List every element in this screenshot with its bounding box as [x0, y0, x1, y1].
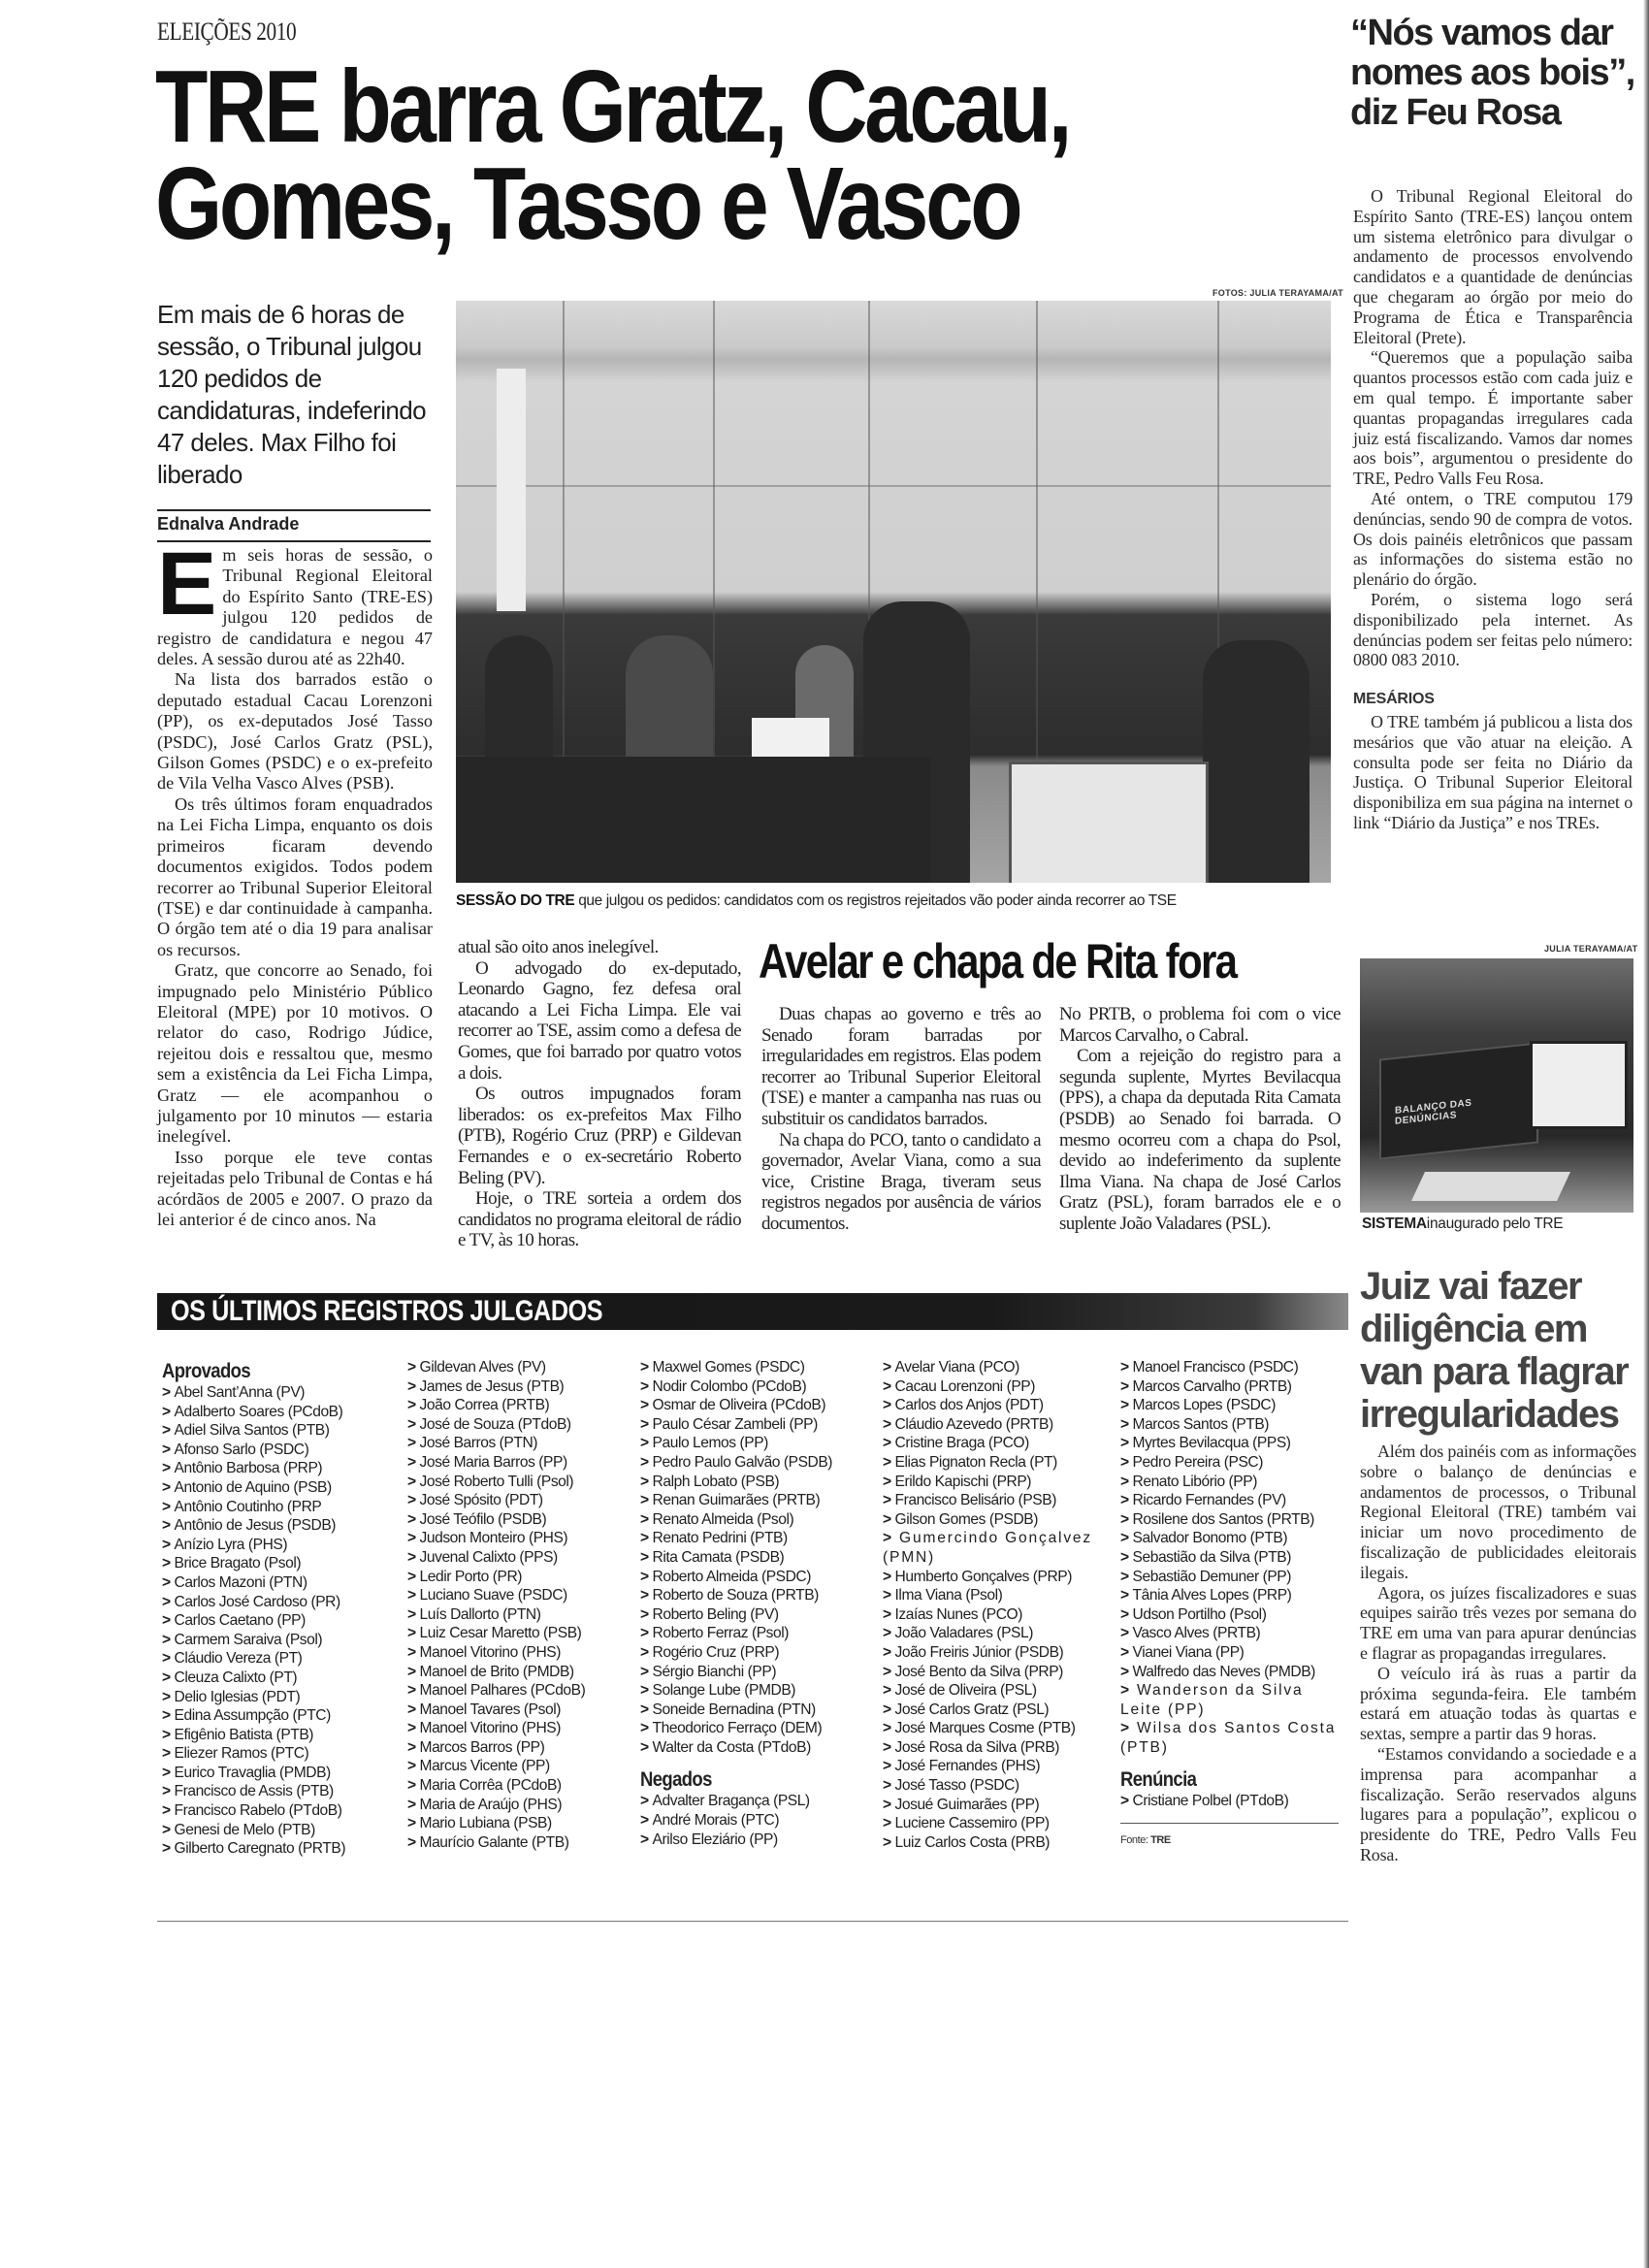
- list-item: Erildo Kapischi (PRP): [883, 1473, 1115, 1492]
- list-item: Vianei Viana (PP): [1120, 1643, 1348, 1663]
- approved-list-3: Maxwel Gomes (PSDC)Nodir Colombo (PCdoB)…: [640, 1358, 878, 1757]
- keyboard: [1411, 1172, 1570, 1201]
- list-item: Cleuza Calixto (PT): [162, 1669, 400, 1688]
- list-item: Rogério Cruz (PRP): [640, 1643, 878, 1663]
- sub-article-column-2: No PRTB, o problema foi com o vice Marco…: [1059, 1004, 1341, 1235]
- list-item: Carlos Caetano (PP): [162, 1611, 400, 1631]
- list-item: Paulo César Zambeli (PP): [640, 1415, 878, 1435]
- list-item: Gildevan Alves (PV): [407, 1358, 640, 1377]
- list-item: Manoel de Brito (PMDB): [407, 1663, 640, 1682]
- list-item: Antônio de Jesus (PSDB): [162, 1516, 400, 1536]
- group-label-approved: Aprovados: [162, 1360, 372, 1383]
- list-item: João Correa (PRTB): [407, 1396, 640, 1415]
- group-label-denied: Negados: [640, 1768, 850, 1792]
- list-item: Francisco Belisário (PSB): [883, 1491, 1115, 1510]
- list-item: Roberto de Souza (PRTB): [640, 1586, 878, 1605]
- list-item: José Roberto Tulli (Psol): [407, 1473, 640, 1492]
- list-item: Adiel Silva Santos (PTB): [162, 1421, 400, 1441]
- list-item: Ricardo Fernandes (PV): [1120, 1491, 1348, 1510]
- list-item: Adalberto Soares (PCdoB): [162, 1403, 400, 1422]
- list-item: José Bento da Silva (PRP): [883, 1663, 1115, 1682]
- list-item: Cláudio Azevedo (PRTB): [883, 1415, 1115, 1435]
- sidebar-headline-1: “Nós vamos dar nomes aos bois”, diz Feu …: [1350, 14, 1641, 133]
- list-item: José de Souza (PTdoB): [407, 1415, 640, 1435]
- sidebar-photo-credit: JULIA TERAYAMA/AT: [1544, 944, 1637, 954]
- sidebar-headline-2: Juiz vai fazer diligência em van para fl…: [1360, 1265, 1641, 1436]
- denied-list-cont-2: Manoel Francisco (PSDC)Marcos Carvalho (…: [1120, 1358, 1348, 1757]
- article-column-2: atual são oito anos inelegível. O advoga…: [458, 937, 741, 1251]
- list-item: Maria de Araújo (PHS): [407, 1796, 640, 1815]
- registry-banner: OS ÚLTIMOS REGISTROS JULGADOS: [157, 1293, 1348, 1330]
- list-item: Judson Monteiro (PHS): [407, 1529, 640, 1548]
- approved-list-2: Gildevan Alves (PV)James de Jesus (PTB)J…: [407, 1358, 640, 1852]
- list-item: Luciene Cassemiro (PP): [883, 1814, 1115, 1833]
- list-item: José Tasso (PSDC): [883, 1776, 1115, 1796]
- list-item: Manoel Vitorino (PHS): [407, 1719, 640, 1738]
- list-item: Antonio de Aquino (PSB): [162, 1478, 400, 1498]
- list-item: Theodorico Ferraço (DEM): [640, 1719, 878, 1738]
- paragraph: atual são oito anos inelegível.: [458, 937, 741, 958]
- list-item: Francisco de Assis (PTB): [162, 1782, 400, 1801]
- list-item: Francisco Rabelo (PTdoB): [162, 1801, 400, 1821]
- list-item: Rosilene dos Santos (PRTB): [1120, 1510, 1348, 1530]
- list-item: Humberto Gonçalves (PRP): [883, 1568, 1115, 1587]
- list-item: Antônio Coutinho (PRP: [162, 1498, 400, 1517]
- list-item: José Spósito (PDT): [407, 1491, 640, 1510]
- paragraph: Até ontem, o TRE computou 179 denúncias,…: [1353, 489, 1633, 590]
- list-item: Sebastião Demuner (PP): [1120, 1568, 1348, 1587]
- list-item: Solange Lube (PMDB): [640, 1681, 878, 1701]
- list-item: Tânia Alves Lopes (PRP): [1120, 1586, 1348, 1605]
- list-item: José Barros (PTN): [407, 1434, 640, 1453]
- list-item: Ilma Viana (Psol): [883, 1586, 1115, 1605]
- judges-bench: [456, 757, 931, 883]
- source-rule: [1120, 1823, 1339, 1824]
- list-item: José Teófilo (PSDB): [407, 1510, 640, 1530]
- flag-shape: [497, 369, 526, 611]
- list-item: Pedro Paulo Galvão (PSDB): [640, 1453, 878, 1473]
- registry-column-5: Manoel Francisco (PSDC)Marcos Carvalho (…: [1120, 1358, 1348, 1851]
- main-headline: TRE barra Gratz, Cacau, Gomes, Tasso e V…: [155, 58, 1133, 252]
- panel-screen: BALANÇO DAS DENÚNCIAS: [1379, 1042, 1538, 1159]
- denied-list-cont-1: Avelar Viana (PCO)Cacau Lorenzoni (PP)Ca…: [883, 1358, 1115, 1852]
- resign-list: Cristiane Polbel (PTdoB): [1120, 1792, 1348, 1811]
- list-item: Carlos dos Anjos (PDT): [883, 1396, 1115, 1415]
- list-item: André Morais (PTC): [640, 1811, 878, 1831]
- list-item: Manoel Palhares (PCdoB): [407, 1681, 640, 1701]
- list-item: Marcos Barros (PP): [407, 1738, 640, 1758]
- list-item: Renato Libório (PP): [1120, 1473, 1348, 1492]
- list-item: Ledir Porto (PR): [407, 1568, 640, 1587]
- list-item: Roberto Ferraz (Psol): [640, 1624, 878, 1643]
- panel-screen-text: BALANÇO DAS DENÚNCIAS: [1395, 1091, 1536, 1127]
- headline-line-1: TRE barra Gratz, Cacau,: [155, 58, 1133, 155]
- scan-edge: [1643, 0, 1649, 2268]
- paragraph: Os três últimos foram enquadrados na Lei…: [157, 794, 433, 960]
- podium: [1009, 761, 1209, 883]
- list-item: Marcos Lopes (PSDC): [1120, 1396, 1348, 1415]
- registry-column-1: Aprovados Abel Sant’Anna (PV)Adalberto S…: [162, 1356, 400, 1859]
- list-item: Elias Pignaton Recla (PT): [883, 1453, 1115, 1473]
- paragraph: Agora, os juízes fiscalizadores e suas e…: [1360, 1583, 1636, 1664]
- source-label: Fonte:: [1120, 1834, 1148, 1846]
- paragraph: Duas chapas ao governo e três ao Senado …: [761, 1004, 1041, 1130]
- list-item: Marcus Vicente (PP): [407, 1757, 640, 1776]
- list-item: Udson Portilho (Psol): [1120, 1605, 1348, 1625]
- list-item: Eurico Travaglia (PMDB): [162, 1764, 400, 1783]
- caption-text: que julgou os pedidos: candidatos com os…: [574, 892, 1176, 909]
- list-item: Osmar de Oliveira (PCdoB): [640, 1396, 878, 1415]
- list-item: Carmem Saraiva (Psol): [162, 1631, 400, 1650]
- list-item: Marcos Santos (PTB): [1120, 1415, 1348, 1435]
- list-item: Cristiane Polbel (PTdoB): [1120, 1792, 1348, 1811]
- list-item: Mario Lubiana (PSB): [407, 1814, 640, 1833]
- list-item: Paulo Lemos (PP): [640, 1434, 878, 1453]
- sidebar-body-1: O Tribunal Regional Eleitoral do Espírit…: [1353, 186, 1633, 833]
- list-item: Renan Guimarães (PRTB): [640, 1491, 878, 1510]
- list-item: Luís Dallorto (PTN): [407, 1605, 640, 1625]
- list-item: Marcos Carvalho (PRTB): [1120, 1377, 1348, 1397]
- list-item: Manoel Tavares (Psol): [407, 1701, 640, 1720]
- paragraph: Hoje, o TRE sorteia a ordem dos candidat…: [458, 1188, 741, 1251]
- paragraph: Gratz, que concorre ao Senado, foi impug…: [157, 960, 433, 1148]
- list-item: Maria Corrêa (PCdoB): [407, 1776, 640, 1796]
- court-session-photo: [456, 301, 1331, 883]
- paragraph: Porém, o sistema logo será disponibiliza…: [1353, 590, 1633, 670]
- paragraph: O veículo irá às ruas a partir da próxim…: [1360, 1664, 1636, 1744]
- list-item: Roberto Almeida (PSDC): [640, 1568, 878, 1587]
- list-item: Josué Guimarães (PP): [883, 1796, 1115, 1815]
- source-value: TRE: [1150, 1834, 1171, 1846]
- sub-article-column-1: Duas chapas ao governo e três ao Senado …: [761, 1004, 1041, 1235]
- computer-monitor: [1530, 1041, 1628, 1129]
- paragraph: Com a rejeição do registro para a segund…: [1059, 1046, 1341, 1234]
- list-item: Advalter Bragança (PSL): [640, 1792, 878, 1811]
- registry-column-3: Maxwel Gomes (PSDC)Nodir Colombo (PCdoB)…: [640, 1358, 878, 1849]
- paragraph: “Queremos que a população saiba quantos …: [1353, 347, 1633, 489]
- list-item: Cristine Braga (PCO): [883, 1434, 1115, 1453]
- caption-lead: SESSÃO DO TRE: [456, 892, 574, 909]
- list-item: Wilsa dos Santos Costa (PTB): [1120, 1719, 1342, 1757]
- list-item: Juvenal Calixto (PPS): [407, 1548, 640, 1568]
- registry-column-2: Gildevan Alves (PV)James de Jesus (PTB)J…: [407, 1358, 640, 1852]
- list-item: José Rosa da Silva (PRB): [883, 1738, 1115, 1758]
- list-item: Manoel Vitorino (PHS): [407, 1643, 640, 1663]
- registry-banner-title: OS ÚLTIMOS REGISTROS JULGADOS: [171, 1295, 602, 1328]
- list-item: Nodir Colombo (PCdoB): [640, 1377, 878, 1397]
- paragraph: O TRE também já publicou a lista dos mes…: [1353, 712, 1633, 833]
- list-item: Salvador Bonomo (PTB): [1120, 1529, 1348, 1548]
- group-label-resign: Renúncia: [1120, 1768, 1321, 1792]
- sidebar-body-2: Além dos painéis com as informações sobr…: [1360, 1442, 1636, 1865]
- list-item: Myrtes Bevilacqua (PPS): [1120, 1434, 1348, 1453]
- registry-column-4: Avelar Viana (PCO)Cacau Lorenzoni (PP)Ca…: [883, 1358, 1115, 1852]
- drop-cap: E: [157, 549, 216, 617]
- list-item: Luiz Carlos Costa (PRB): [883, 1833, 1115, 1853]
- list-item: Afonso Sarlo (PSDC): [162, 1441, 400, 1460]
- list-item: José de Oliveira (PSL): [883, 1681, 1115, 1701]
- list-item: João Freiris Júnior (PSDB): [883, 1643, 1115, 1663]
- paragraph: Na chapa do PCO, tanto o candidato a gov…: [761, 1130, 1041, 1235]
- caption-lead: SISTEMA: [1362, 1215, 1427, 1232]
- paragraph: “Estamos convidando a sociedade e a impr…: [1360, 1744, 1636, 1865]
- byline-rule-top: [157, 509, 431, 511]
- list-item: Walter da Costa (PTdoB): [640, 1738, 878, 1758]
- list-item: Pedro Pereira (PSC): [1120, 1453, 1348, 1473]
- list-item: Abel Sant’Anna (PV): [162, 1383, 400, 1403]
- list-item: Sebastião da Silva (PTB): [1120, 1548, 1348, 1568]
- list-item: Delio Iglesias (PDT): [162, 1688, 400, 1707]
- system-screen-photo: BALANÇO DAS DENÚNCIAS: [1360, 958, 1633, 1213]
- list-item: José Maria Barros (PP): [407, 1453, 640, 1473]
- list-item: Maxwel Gomes (PSDC): [640, 1358, 878, 1377]
- list-item: Izaías Nunes (PCO): [883, 1605, 1115, 1625]
- paragraph: Isso porque ele teve contas rejeitadas p…: [157, 1148, 433, 1231]
- list-item: Walfredo das Neves (PMDB): [1120, 1663, 1348, 1682]
- list-item: Antônio Barbosa (PRP): [162, 1459, 400, 1478]
- byline: Ednalva Andrade: [157, 514, 299, 535]
- list-item: Ralph Lobato (PSB): [640, 1473, 878, 1492]
- list-item: José Carlos Gratz (PSL): [883, 1701, 1115, 1720]
- list-item: Efigênio Batista (PTB): [162, 1726, 400, 1745]
- section-kicker: ELEIÇÕES 2010: [157, 17, 296, 47]
- list-item: João Valadares (PSL): [883, 1624, 1115, 1643]
- list-item: Carlos José Cardoso (PR): [162, 1593, 400, 1612]
- headline-line-2: Gomes, Tasso e Vasco: [155, 155, 1133, 252]
- paragraph: Na lista dos barrados estão o deputado e…: [157, 669, 433, 794]
- list-item: José Marques Cosme (PTB): [883, 1719, 1115, 1738]
- list-item: Roberto Beling (PV): [640, 1605, 878, 1625]
- list-item: Luciano Suave (PSDC): [407, 1586, 640, 1605]
- list-item: Carlos Mazoni (PTN): [162, 1573, 400, 1593]
- list-item: Cacau Lorenzoni (PP): [883, 1377, 1115, 1397]
- sub-article-headline: Avelar e chapa de Rita fora: [759, 933, 1236, 989]
- list-item: Renato Pedrini (PTB): [640, 1529, 878, 1548]
- paragraph: Os outros impugnados foram liberados: os…: [458, 1084, 741, 1188]
- article-column-1: E m seis horas de sessão, o Tribunal Reg…: [157, 545, 433, 1230]
- list-item: Gilberto Caregnato (PRTB): [162, 1839, 400, 1859]
- list-item: Maurício Galante (PTB): [407, 1833, 640, 1853]
- list-item: Renato Almeida (Psol): [640, 1510, 878, 1530]
- list-item: Genesi de Melo (PTB): [162, 1821, 400, 1840]
- sidebar-photo-caption: SISTEMAinaugurado pelo TRE: [1362, 1215, 1563, 1233]
- list-item: Eliezer Ramos (PTC): [162, 1744, 400, 1764]
- list-item: Brice Bragato (Psol): [162, 1554, 400, 1573]
- list-item: Vasco Alves (PRTB): [1120, 1624, 1348, 1643]
- list-item: Anízio Lyra (PHS): [162, 1536, 400, 1555]
- caption-text: inaugurado pelo TRE: [1427, 1215, 1564, 1232]
- paragraph: Além dos painéis com as informações sobr…: [1360, 1442, 1636, 1583]
- list-item: Wanderson da Silva Leite (PP): [1120, 1681, 1342, 1719]
- list-item: Gilson Gomes (PSDB): [883, 1510, 1115, 1530]
- list-item: Arilso Eleziário (PP): [640, 1831, 878, 1850]
- list-item: Luiz Cesar Maretto (PSB): [407, 1624, 640, 1643]
- photo-credit: FOTOS: JULIA TERAYAMA/AT: [1212, 288, 1343, 298]
- list-item: Sérgio Bianchi (PP): [640, 1663, 878, 1682]
- approved-list-1: Abel Sant’Anna (PV)Adalberto Soares (PCd…: [162, 1383, 400, 1859]
- registry-bottom-rule: [157, 1921, 1348, 1922]
- list-item: Rita Camata (PSDB): [640, 1548, 878, 1568]
- list-item: Avelar Viana (PCO): [883, 1358, 1115, 1377]
- list-item: Edina Assumpção (PTC): [162, 1706, 400, 1726]
- list-item: Gumercindo Gonçalvez (PMN): [883, 1529, 1104, 1567]
- photo-caption: SESSÃO DO TRE que julgou os pedidos: can…: [456, 892, 1348, 910]
- source-note: Fonte: TRE: [1120, 1831, 1348, 1851]
- list-item: José Fernandes (PHS): [883, 1757, 1115, 1776]
- list-item: Cláudio Vereza (PT): [162, 1649, 400, 1669]
- paragraph: No PRTB, o problema foi com o vice Marco…: [1059, 1004, 1341, 1046]
- paragraph: O Tribunal Regional Eleitoral do Espírit…: [1353, 186, 1633, 347]
- list-item: Soneide Bernadina (PTN): [640, 1701, 878, 1720]
- sidebar-subhead: MESÁRIOS: [1353, 690, 1633, 710]
- denied-list-start: Advalter Bragança (PSL)André Morais (PTC…: [640, 1792, 878, 1849]
- article-deck: Em mais de 6 horas de sessão, o Tribunal…: [157, 299, 448, 491]
- list-item: James de Jesus (PTB): [407, 1377, 640, 1397]
- list-item: Manoel Francisco (PSDC): [1120, 1358, 1348, 1377]
- paragraph: O advogado do ex-deputado, Leonardo Gagn…: [458, 958, 741, 1085]
